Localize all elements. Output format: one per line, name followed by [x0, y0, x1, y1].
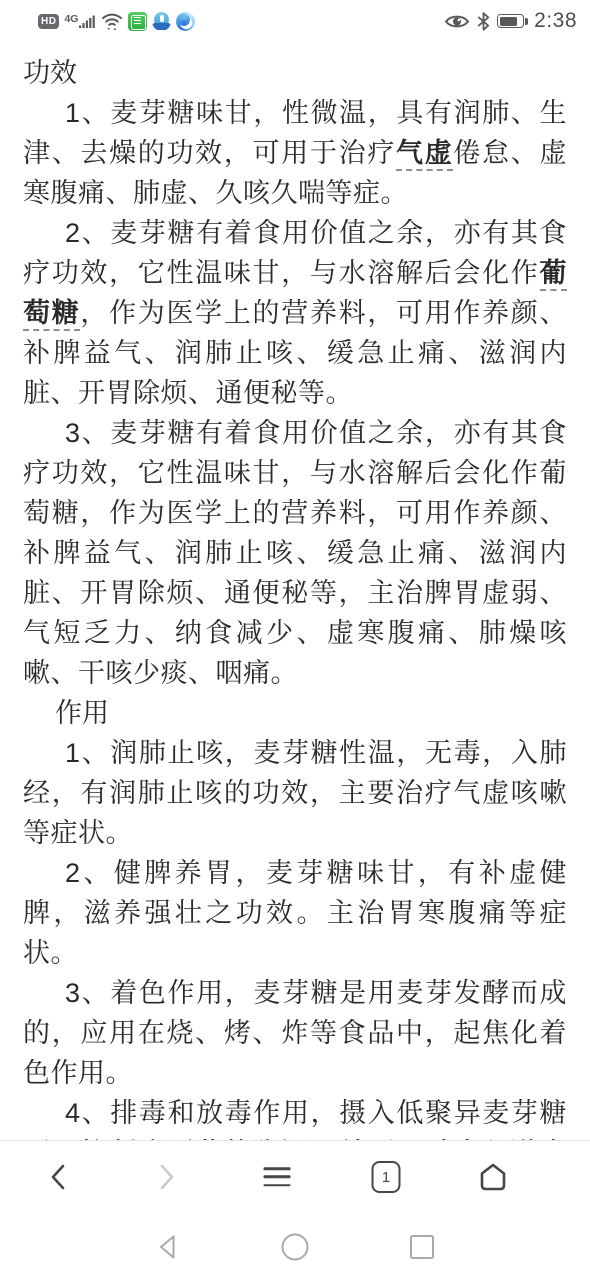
section-heading: 作用 — [23, 693, 567, 733]
network-type-label: 4G — [64, 14, 78, 24]
bluetooth-icon — [477, 12, 490, 31]
forward-icon — [156, 1161, 178, 1193]
system-nav-bar — [0, 1213, 590, 1280]
back-icon — [47, 1161, 69, 1193]
browser-toolbar: 1 — [0, 1140, 590, 1213]
tabs-button[interactable]: 1 — [372, 1161, 401, 1193]
paragraph-text: 3、麦芽糖有着食用价值之余，亦有其食疗功效，它性温味甘，与水溶解后会化作葡萄糖，… — [23, 418, 567, 688]
tab-count-label: 1 — [382, 1169, 390, 1186]
voice-recorder-notification-icon — [152, 12, 171, 31]
article-section: 功效1、麦芽糖味甘，性微温，具有润肺、生津、去燥的功效，可用于治疗气虚倦怠、虚寒… — [23, 53, 567, 693]
paragraph: 2、麦芽糖有着食用价值之余，亦有其食疗功效，它性温味甘，与水溶解后会化作葡萄糖，… — [23, 213, 567, 413]
page-content: 功效1、麦芽糖味甘，性微温，具有润肺、生津、去燥的功效，可用于治疗气虚倦怠、虚寒… — [0, 40, 590, 1140]
wifi-icon — [101, 12, 123, 31]
signal-strength-icon: 4G — [64, 13, 96, 30]
tab-counter: 1 — [372, 1161, 401, 1193]
paragraph: 4、排毒和放毒作用，摄入低聚异麦芽糖可以抑制病原菌的腹泻，并可以减少肠道内有害细… — [23, 1093, 567, 1140]
back-button[interactable] — [47, 1161, 69, 1193]
paragraph-text: 3、着色作用，麦芽糖是用麦芽发酵而成的，应用在烧、烤、炸等食品中，起焦化着色作用… — [23, 978, 567, 1088]
paragraph: 3、麦芽糖有着食用价值之余，亦有其食疗功效，它性温味甘，与水溶解后会化作葡萄糖，… — [23, 413, 567, 693]
clock-time: 2:38 — [534, 9, 577, 33]
hd-badge: HD — [38, 14, 59, 29]
android-home-icon — [280, 1232, 310, 1262]
eye-comfort-icon — [444, 13, 470, 30]
android-back-icon — [153, 1232, 183, 1262]
paragraph: 1、润肺止咳，麦芽糖性温，无毒，入肺经，有润肺止咳的功效，主要治疗气虚咳嗽等症状… — [23, 733, 567, 853]
keyword-link[interactable]: 气虚 — [396, 138, 453, 171]
signal-bars-icon — [79, 13, 96, 30]
battery-icon — [497, 14, 524, 28]
paragraph: 1、麦芽糖味甘，性微温，具有润肺、生津、去燥的功效，可用于治疗气虚倦怠、虚寒腹痛… — [23, 93, 567, 213]
menu-icon — [264, 1167, 291, 1186]
paragraph: 3、着色作用，麦芽糖是用麦芽发酵而成的，应用在烧、烤、炸等食品中，起焦化着色作用… — [23, 973, 567, 1093]
paragraph-text: 2、健脾养胃，麦芽糖味甘，有补虚健脾，滋养强壮之功效。主治胃寒腹痛等症状。 — [23, 858, 567, 968]
status-bar-left: HD 4G — [38, 12, 195, 31]
android-back-button[interactable] — [153, 1232, 183, 1262]
paragraph-text: 4、排毒和放毒作用，摄入低聚异麦芽糖可以抑制病原菌的腹泻，并可以减少肠道内有害细… — [23, 1098, 567, 1140]
menu-button[interactable] — [264, 1167, 291, 1186]
paragraph-text: 2、麦芽糖有着食用价值之余，亦有其食疗功效，它性温味甘，与水溶解后会化作 — [23, 218, 567, 288]
home-icon — [477, 1161, 509, 1193]
phone-screen: HD 4G — [0, 0, 590, 1280]
status-bar-right: 2:38 — [444, 9, 577, 33]
section-heading: 功效 — [23, 53, 567, 93]
paragraph-text: ，作为医学上的营养料，可用作养颜、补脾益气、润肺止咳、缓急止痛、滋润内脏、开胃除… — [23, 298, 567, 408]
paragraph: 2、健脾养胃，麦芽糖味甘，有补虚健脾，滋养强壮之功效。主治胃寒腹痛等症状。 — [23, 853, 567, 973]
home-button[interactable] — [477, 1161, 509, 1193]
browser-notification-icon — [176, 12, 195, 31]
status-bar: HD 4G — [0, 0, 590, 40]
paragraph-text: 1、润肺止咳，麦芽糖性温，无毒，入肺经，有润肺止咳的功效，主要治疗气虚咳嗽等症状… — [23, 738, 567, 848]
android-home-button[interactable] — [280, 1232, 310, 1262]
article-section: 作用1、润肺止咳，麦芽糖性温，无毒，入肺经，有润肺止咳的功效，主要治疗气虚咳嗽等… — [23, 693, 567, 1140]
green-app-notification-icon — [128, 12, 147, 31]
forward-button[interactable] — [156, 1161, 178, 1193]
android-recents-icon — [407, 1232, 437, 1262]
android-recents-button[interactable] — [407, 1232, 437, 1262]
